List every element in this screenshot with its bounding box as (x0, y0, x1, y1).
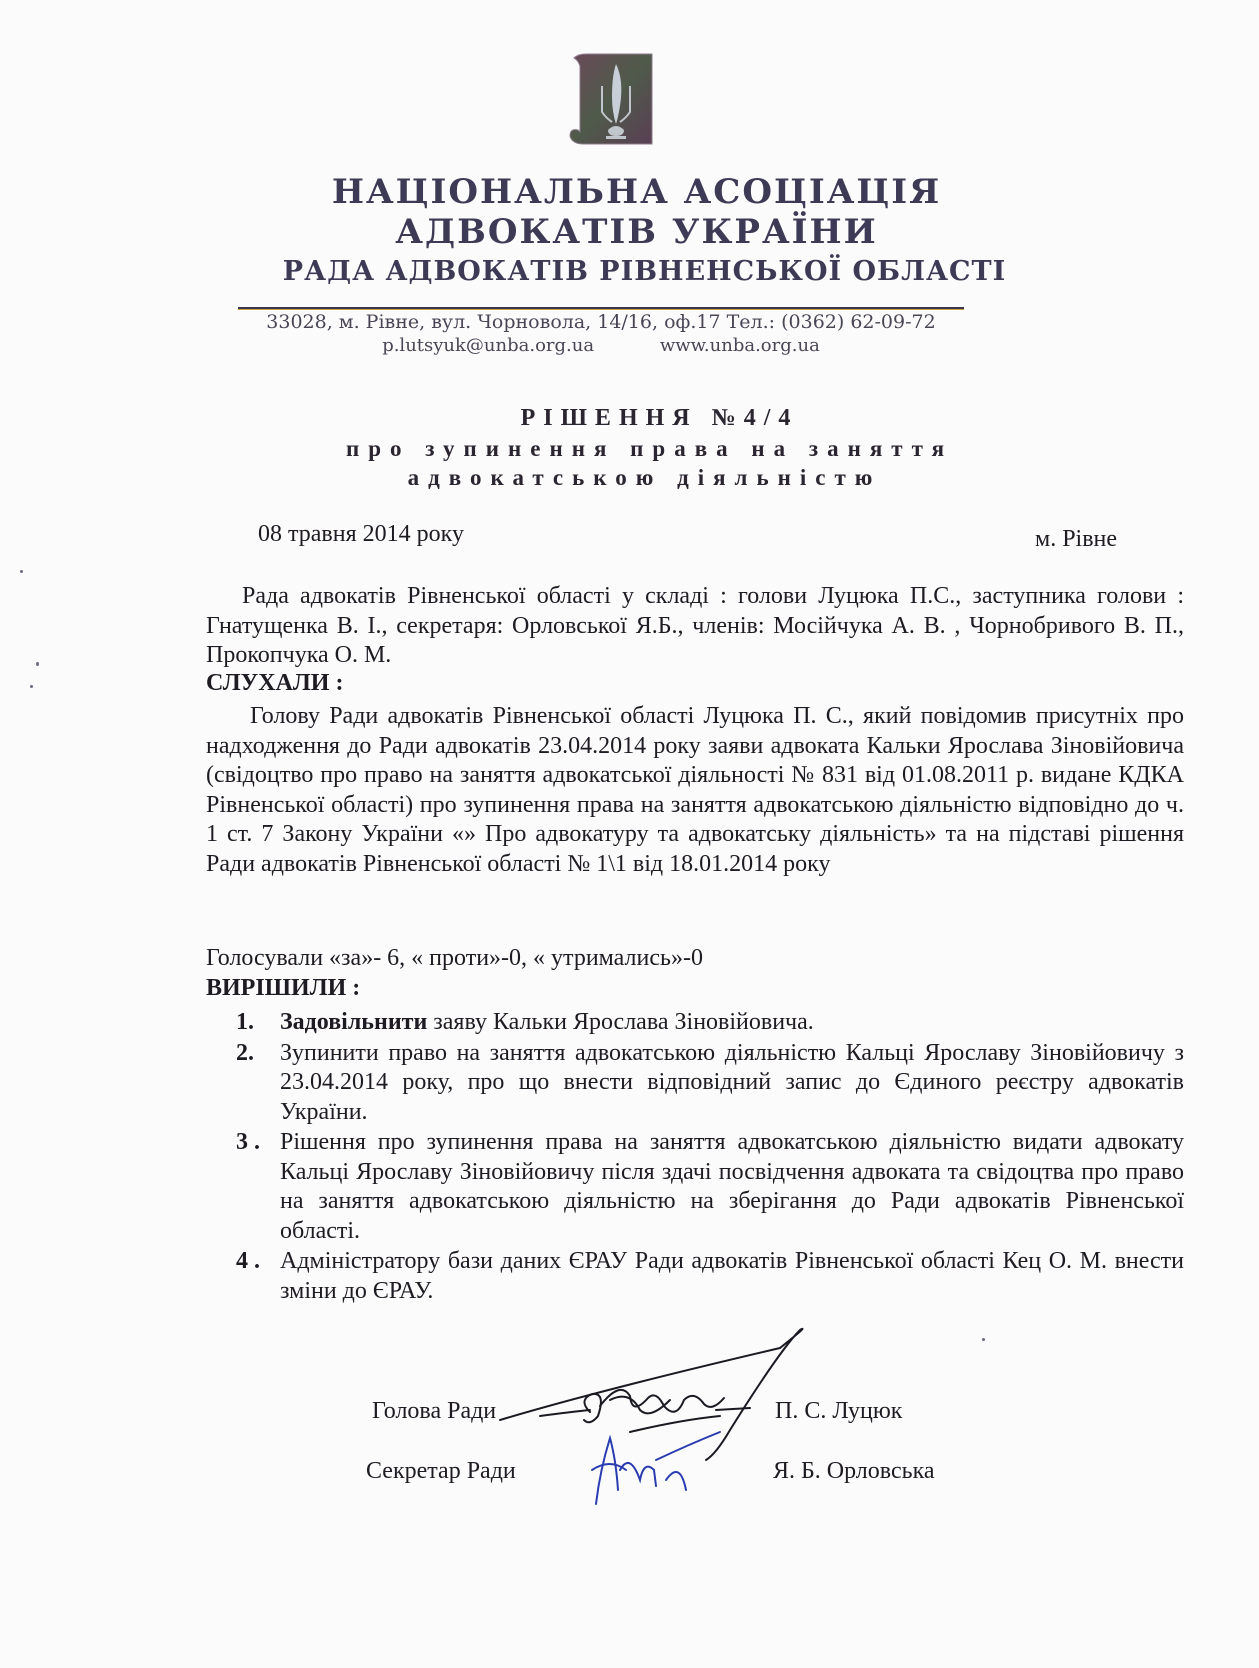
vote-result: Голосували «за»- 6, « проти»-0, « утрима… (206, 945, 703, 972)
decision-subtitle: про зупинення права на заняття (0, 436, 1259, 462)
handwritten-signatures-icon (480, 1320, 820, 1510)
decision-date: 08 травня 2014 року (258, 521, 464, 548)
letterhead-association-name-2: АДВОКАТІВ УКРАЇНИ (0, 212, 1259, 252)
list-item-number: 3 . (236, 1128, 280, 1158)
list-item-number: 1. (236, 1008, 280, 1038)
list-item-text: заяву Кальки Ярослава Зіновійовича. (427, 1009, 814, 1035)
association-logo-icon (566, 52, 656, 152)
heard-heading: СЛУХАЛИ : (206, 670, 343, 697)
list-item-text: Адміністратору бази даних ЄРАУ Ради адво… (280, 1247, 1184, 1306)
decision-subtitle-2: адвокатською діяльністю (0, 465, 1259, 491)
letterhead-address: 33028, м. Рівне, вул. Чорновола, 14/16, … (238, 311, 964, 333)
letterhead-association-name: НАЦІОНАЛЬНА АСОЦІАЦІЯ (0, 172, 1259, 212)
list-item: 2. Зупинити право на заняття адвокатсько… (236, 1039, 1184, 1128)
scan-speck (20, 570, 23, 573)
list-item-number: 4 . (236, 1247, 280, 1277)
letterhead-contacts: p.lutsyuk@unba.org.ua www.unba.org.ua (238, 335, 964, 356)
list-item: 1. Задовільнити заяву Кальки Ярослава Зі… (236, 1008, 1184, 1038)
list-item-text: Зупинити право на заняття адвокатською д… (280, 1039, 1184, 1128)
decision-title: РІШЕННЯ №4/4 (0, 405, 1259, 432)
list-item: 4 . Адміністратору бази даних ЄРАУ Ради … (236, 1247, 1184, 1306)
scan-speck (36, 662, 39, 666)
decided-heading: ВИРІШИЛИ : (206, 975, 360, 1002)
scan-speck (30, 685, 33, 688)
letterhead-email: p.lutsyuk@unba.org.ua (382, 335, 594, 356)
decision-place: м. Рівне (1035, 526, 1117, 553)
decisions-list: 1. Задовільнити заяву Кальки Ярослава Зі… (236, 1008, 1184, 1307)
scan-speck (982, 1338, 985, 1341)
signature-role-chairman: Голова Ради (372, 1398, 496, 1425)
list-item-text: Рішення про зупинення права на заняття а… (280, 1128, 1184, 1246)
letterhead-website: www.unba.org.ua (660, 335, 820, 356)
letterhead-council-name: РАДА АДВОКАТІВ РІВНЕНСЬКОЇ ОБЛАСТІ (0, 256, 1259, 287)
list-item-number: 2. (236, 1039, 280, 1069)
letterhead-divider (238, 307, 964, 310)
list-item: 3 . Рішення про зупинення права на занят… (236, 1128, 1184, 1246)
heard-paragraph: Голову Ради адвокатів Рівненської област… (206, 702, 1184, 879)
council-composition-paragraph: Рада адвокатів Рівненської області у скл… (206, 582, 1184, 671)
list-item-bold-lead: Задовільнити (280, 1009, 427, 1035)
